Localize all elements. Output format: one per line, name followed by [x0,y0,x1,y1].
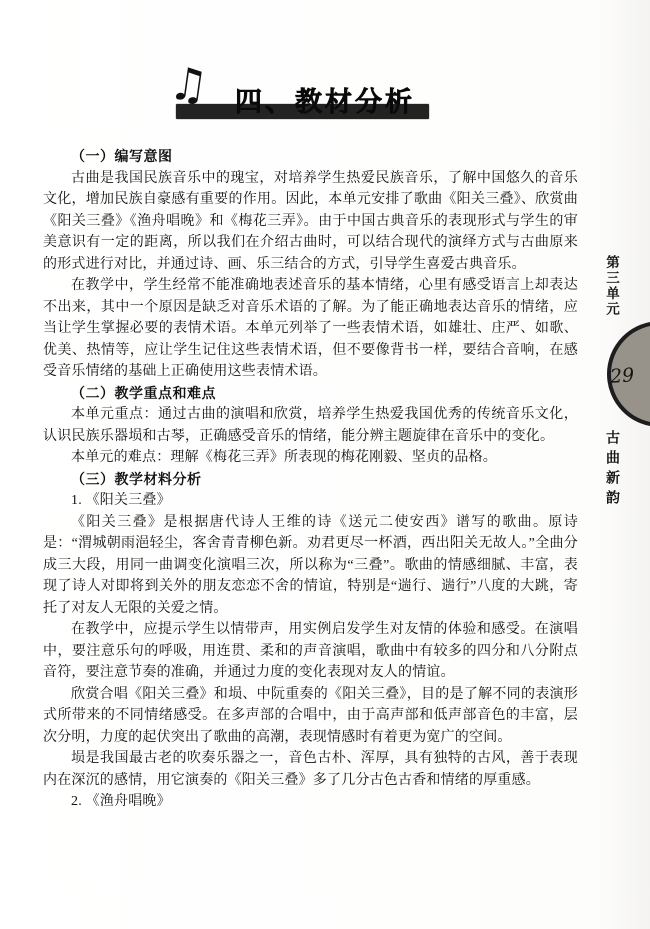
list-item: 1. 《阳关三叠》 [43,490,578,512]
paragraph: 本单元重点：通过古曲的演唱和欣赏，培养学生热爱我国优秀的传统音乐文化，认识民族乐… [43,404,578,447]
section-heading: （一）编写意图 [43,146,578,168]
body-text: （一）编写意图古曲是我国民族音乐中的瑰宝，对培养学生热爱民族音乐，了解中国悠久的… [43,146,578,813]
music-notes-icon: ♫ [167,63,211,107]
paragraph: 在教学中，学生经常不能准确地表述音乐的基本情绪，心里有感受语言上却表达不出来，其… [43,275,578,383]
section-heading: （二）教学重点和难点 [43,383,578,405]
paragraph: 在教学中，应提示学生以情带声，用实例启发学生对友情的体验和感受。在演唱中，要注意… [43,619,578,684]
paragraph: 本单元的难点：理解《梅花三弄》所表现的梅花刚毅、坚贞的品格。 [43,447,578,469]
unit-number-label: 第三单元 [601,255,621,317]
paragraph: 欣赏合唱《阳关三叠》和埙、中阮重奏的《阳关三叠》，目的是了解不同的表演形式所带来… [43,684,578,749]
section-title: 四、教材分析 [235,80,415,119]
paragraph: 埙是我国最古老的吹奏乐器之一，音色古朴、浑厚，具有独特的古风，善于表现内在深沉的… [43,748,578,791]
book-page: ♫ 四、教材分析 （一）编写意图古曲是我国民族音乐中的瑰宝，对培养学生热爱民族音… [0,0,650,929]
section-heading: （三）教学材料分析 [43,469,578,491]
paragraph: 古曲是我国民族音乐中的瑰宝，对培养学生热爱民族音乐，了解中国悠久的音乐文化，增加… [43,168,578,276]
unit-title-label: 古曲新韵 [601,430,621,510]
list-item: 2. 《渔舟唱晚》 [43,791,578,813]
paragraph: 《阳关三叠》是根据唐代诗人王维的诗《送元二使安西》谱写的歌曲。原诗是：“渭城朝雨… [43,512,578,620]
page-number: 29 [609,364,636,388]
